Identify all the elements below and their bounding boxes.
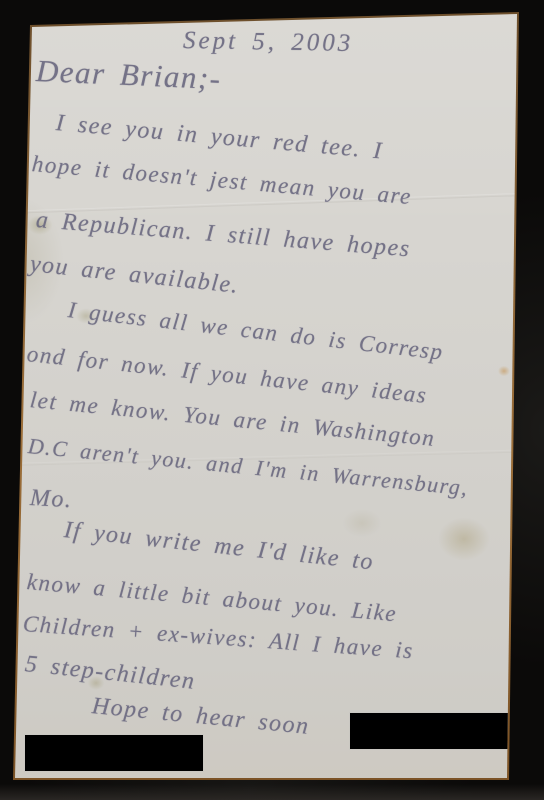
- redaction-box-right: [350, 713, 508, 749]
- letter-line: Mo.: [29, 485, 73, 514]
- photo-bottom-band: [0, 784, 544, 800]
- salutation: Dear Brian;-: [35, 53, 222, 97]
- photo-background: Sept 5, 2003 Dear Brian;- I see you in y…: [0, 0, 544, 800]
- letter-paper: Sept 5, 2003 Dear Brian;- I see you in y…: [12, 11, 520, 781]
- letter-date: Sept 5, 2003: [183, 27, 354, 58]
- paper-edge: Sept 5, 2003 Dear Brian;- I see you in y…: [12, 11, 520, 781]
- letter-line: a Republican. I still have hopes: [35, 207, 412, 263]
- redaction-box-left: [25, 735, 203, 771]
- closing-line: Hope to hear soon: [91, 693, 311, 741]
- letter-line: you are available.: [29, 251, 241, 300]
- letter-line: If you write me I'd like to: [63, 517, 376, 576]
- letter-line: 5 step-children: [24, 651, 197, 696]
